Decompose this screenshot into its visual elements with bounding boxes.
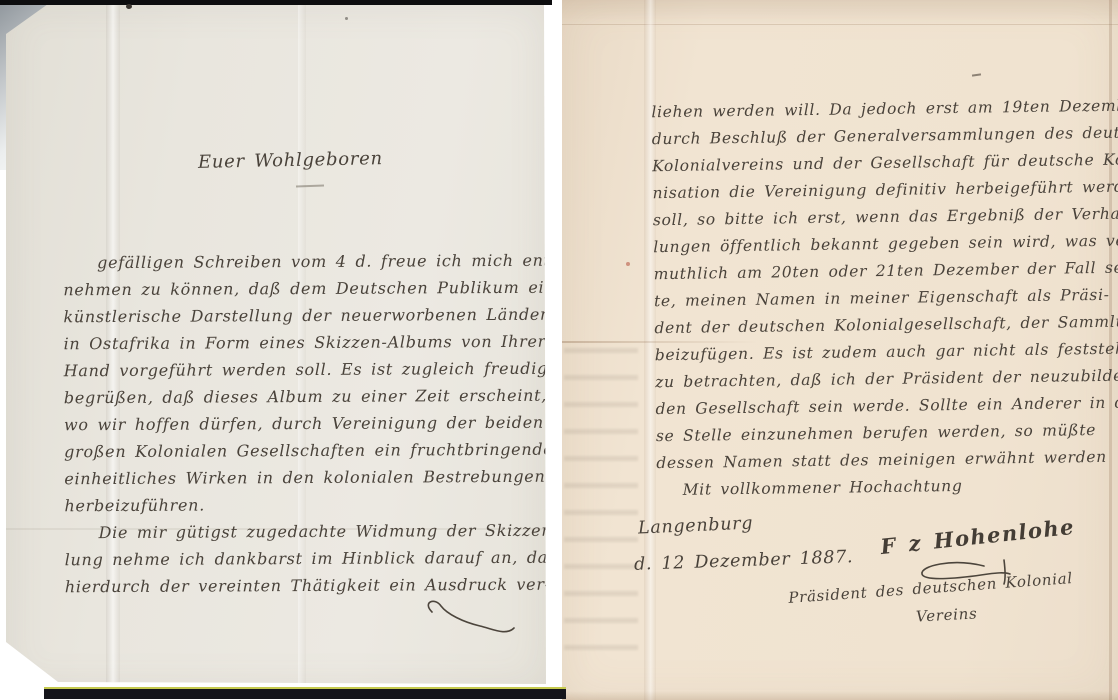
underline-mark: [296, 185, 324, 188]
closing-date: d. 12 Dezember 1887.: [634, 547, 854, 575]
signature-flourish: [892, 552, 1027, 594]
scan-edge-top: [0, 0, 552, 5]
letter-page-2: liehen werden will. Da jedoch erst am 19…: [562, 0, 1118, 700]
letter-scan: Euer Wohlgeboren gefälligen Schreiben vo…: [0, 0, 1118, 700]
paper-speck: [626, 262, 630, 266]
handwritten-line: herbeizuführen.: [64, 490, 546, 520]
closing-salutation-line: Mit vollkommener Hochachtung: [656, 471, 1114, 504]
salutation: Euer Wohlgeboren: [198, 148, 383, 173]
scan-edge-bottom: [44, 687, 566, 699]
handwritten-line: nehmen zu können, daß dem Deutschen Publ…: [63, 274, 545, 304]
handwritten-line: wo wir hoffen dürfen, durch Vereinigung …: [64, 409, 546, 439]
show-through-writing: [564, 348, 638, 654]
page-bottom-edge: [562, 691, 1118, 700]
letter-page-1: Euer Wohlgeboren gefälligen Schreiben vo…: [6, 4, 546, 688]
paper-speck: [126, 4, 132, 9]
handwritten-line: großen Kolonialen Gesellschaften ein fru…: [64, 436, 546, 466]
pen-flourish: [408, 596, 523, 644]
handwritten-line: Hand vorgeführt werden soll. Es ist zugl…: [64, 355, 546, 385]
letter-body-page-2: liehen werden will. Da jedoch erst am 19…: [651, 93, 1115, 504]
signature-title: Vereins: [916, 604, 978, 625]
closing-place: Langenburg: [638, 513, 754, 538]
handwritten-line: lung nehme ich dankbarst im Hinblick dar…: [65, 544, 547, 574]
handwritten-line: gefälligen Schreiben vom 4 d. freue ich …: [63, 247, 545, 277]
paper-speck: [345, 17, 348, 20]
handwritten-line: begrüßen, daß dieses Album zu einer Zeit…: [64, 382, 546, 412]
handwritten-line: Die mir gütigst zugedachte Widmung der S…: [64, 517, 546, 547]
letter-body-page-1: gefälligen Schreiben vom 4 d. freue ich …: [63, 247, 547, 601]
handwritten-line: in Ostafrika in Form eines Skizzen-Album…: [64, 328, 546, 358]
handwritten-line: einheitliches Wirken in den kolonialen B…: [64, 463, 546, 493]
handwritten-line: künstlerische Darstellung der neuerworbe…: [63, 301, 545, 331]
